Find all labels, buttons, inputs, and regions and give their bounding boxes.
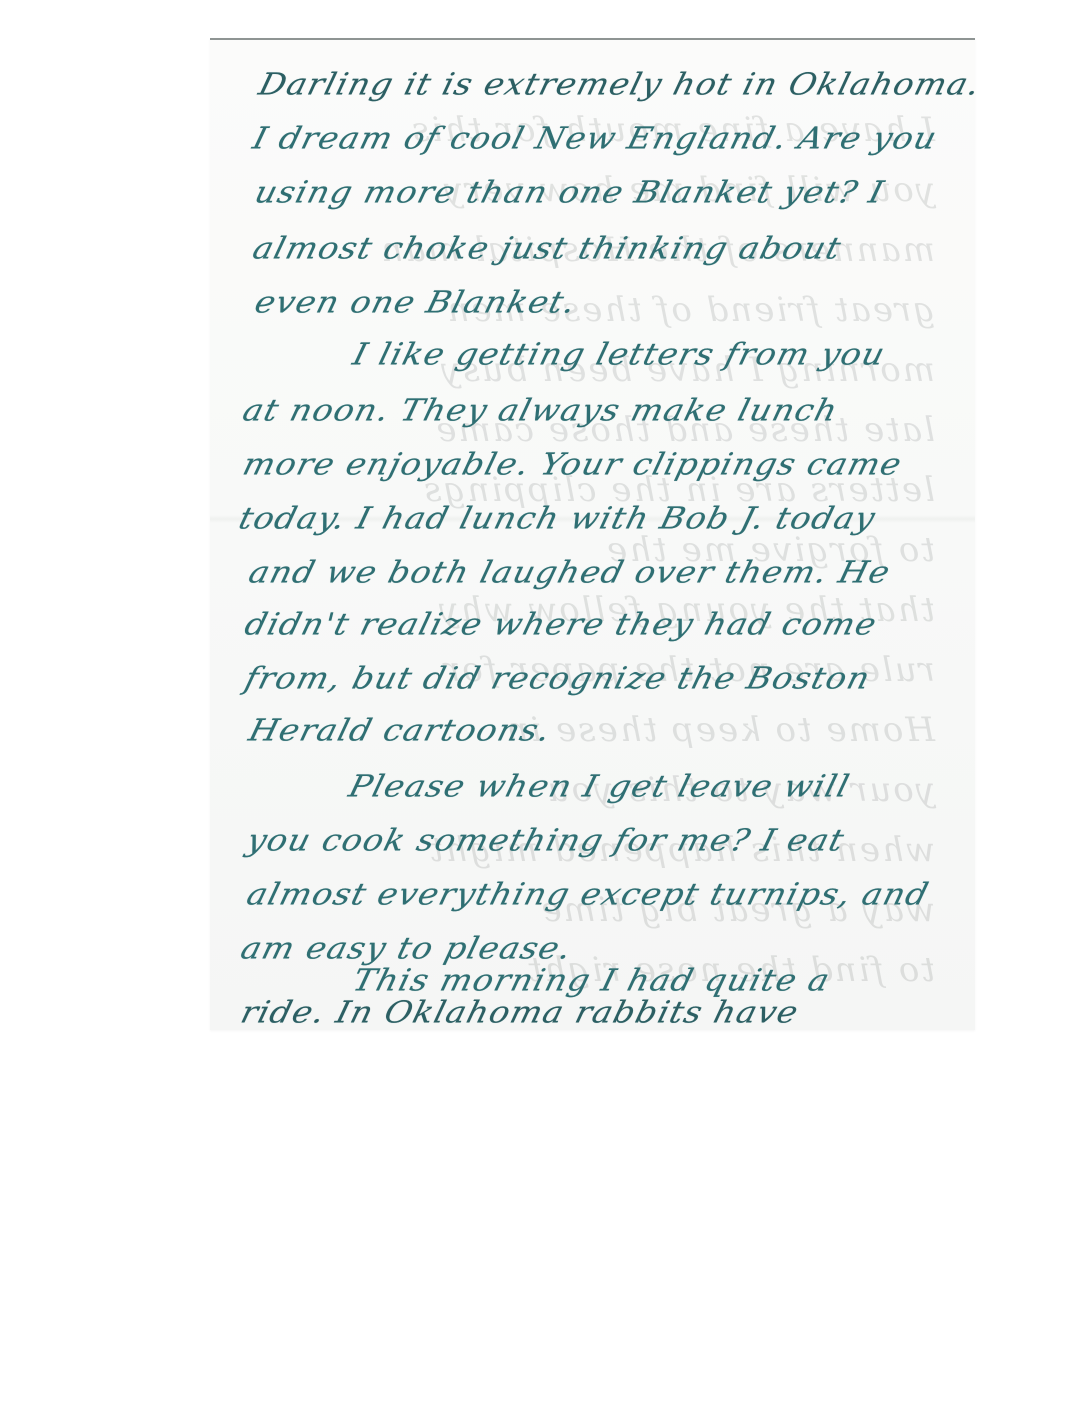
- letter-line: Darling it is extremely hot in Oklahoma.: [256, 69, 984, 99]
- letter-sheet: I have a fine mouth for this you will fi…: [210, 38, 975, 1030]
- scanned-page: I have a fine mouth for this you will fi…: [0, 0, 1088, 1408]
- letter-line: I dream of cool New England. Are you: [250, 123, 941, 153]
- letter-line: almost choke just thinking about: [250, 233, 845, 263]
- letter-line: from, but did recognize the Boston: [242, 663, 874, 693]
- letter-line: Please when I get leave will: [346, 771, 853, 801]
- letter-line: and we both laughed over them. He: [246, 557, 894, 587]
- letter-line: This morning I had quite a: [350, 965, 834, 995]
- letter-line: am easy to please.: [238, 933, 575, 963]
- letter-line: Herald cartoons.: [246, 715, 554, 745]
- letter-body: Darling it is extremely hot in Oklahoma.…: [210, 40, 975, 1030]
- letter-line: even one Blanket.: [252, 287, 580, 317]
- letter-line: ride. In Oklahoma rabbits have: [238, 997, 802, 1027]
- letter-line: using more than one Blanket yet? I: [252, 177, 888, 207]
- letter-line: more enjoyable. Your clippings came: [240, 449, 905, 479]
- letter-line: at noon. They always make lunch: [240, 395, 841, 425]
- letter-line: almost everything except turnips, and: [244, 879, 932, 909]
- letter-line: today. I had lunch with Bob J. today: [236, 503, 879, 533]
- letter-line: I like getting letters from you: [350, 339, 889, 369]
- letter-line: you cook something for me? I eat: [244, 825, 848, 855]
- letter-line: didn't realize where they had come: [242, 609, 880, 639]
